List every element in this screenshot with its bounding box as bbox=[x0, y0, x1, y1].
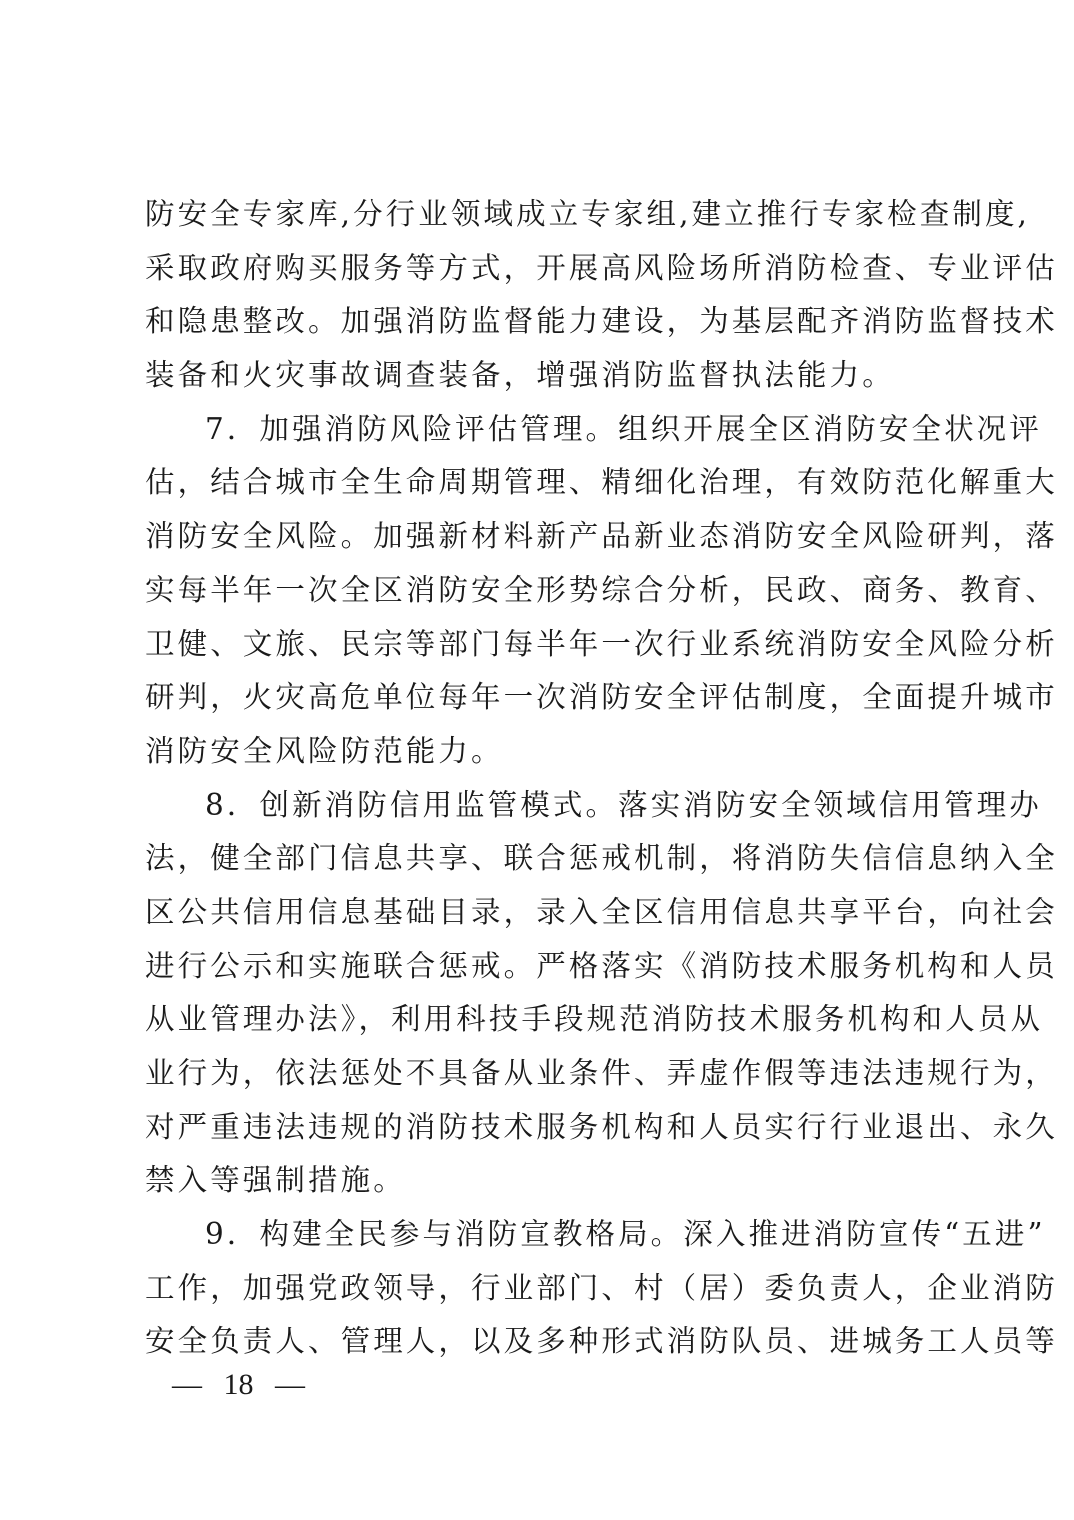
body-text: 防安全专家库,分行业领域成立专家组,建立推行专家检查制度, 采取政府购买服务等方… bbox=[145, 188, 945, 1369]
page-number: 18 bbox=[224, 1368, 254, 1402]
text-line: 装备和火灾事故调查装备，增强消防监督执法能力。 bbox=[145, 349, 945, 403]
text-line: 从业管理办法》，利用科技手段规范消防技术服务机构和人员从 bbox=[145, 993, 945, 1047]
paragraph-heading-line: 8．创新消防信用监管模式。落实消防安全领域信用管理办 bbox=[145, 779, 945, 833]
paragraph-heading-line: 7．加强消防风险评估管理。组织开展全区消防安全状况评 bbox=[145, 403, 945, 457]
text-line: 消防安全风险。加强新材料新产品新业态消防安全风险研判，落 bbox=[145, 510, 945, 564]
text-line: 业行为，依法惩处不具备从业条件、弄虚作假等违法违规行为， bbox=[145, 1047, 945, 1101]
document-page: 防安全专家库,分行业领域成立专家组,建立推行专家检查制度, 采取政府购买服务等方… bbox=[0, 0, 1074, 1520]
paragraph-continued: 防安全专家库,分行业领域成立专家组,建立推行专家检查制度, 采取政府购买服务等方… bbox=[145, 188, 945, 403]
text-line: 研判，火灾高危单位每年一次消防安全评估制度，全面提升城市 bbox=[145, 671, 945, 725]
text-line: 估，结合城市全生命周期管理、精细化治理，有效防范化解重大 bbox=[145, 456, 945, 510]
text-line: 对严重违法违规的消防技术服务机构和人员实行行业退出、永久 bbox=[145, 1101, 945, 1155]
text-line: 实每半年一次全区消防安全形势综合分析，民政、商务、教育、 bbox=[145, 564, 945, 618]
paragraph-8: 8．创新消防信用监管模式。落实消防安全领域信用管理办 法，健全部门信息共享、联合… bbox=[145, 779, 945, 1209]
paragraph-9: 9．构建全民参与消防宣教格局。深入推进消防宣传“五进” 工作，加强党政领导，行业… bbox=[145, 1208, 945, 1369]
text-line: 安全负责人、管理人，以及多种形式消防队员、进城务工人员等 bbox=[145, 1315, 945, 1369]
page-footer: — 18 — bbox=[172, 1368, 305, 1402]
text-line: 采取政府购买服务等方式，开展高风险场所消防检查、专业评估 bbox=[145, 242, 945, 296]
text-line: 进行公示和实施联合惩戒。严格落实《消防技术服务机构和人员 bbox=[145, 940, 945, 994]
footer-dash-right: — bbox=[275, 1368, 305, 1402]
paragraph-heading-line: 9．构建全民参与消防宣教格局。深入推进消防宣传“五进” bbox=[145, 1208, 945, 1262]
text-line: 禁入等强制措施。 bbox=[145, 1154, 945, 1208]
text-line: 卫健、文旅、民宗等部门每半年一次行业系统消防安全风险分析 bbox=[145, 618, 945, 672]
text-line: 防安全专家库,分行业领域成立专家组,建立推行专家检查制度, bbox=[145, 188, 945, 242]
footer-dash-left: — bbox=[172, 1368, 202, 1402]
text-line: 和隐患整改。加强消防监督能力建设，为基层配齐消防监督技术 bbox=[145, 295, 945, 349]
text-line: 工作，加强党政领导，行业部门、村（居）委负责人，企业消防 bbox=[145, 1262, 945, 1316]
paragraph-7: 7．加强消防风险评估管理。组织开展全区消防安全状况评 估，结合城市全生命周期管理… bbox=[145, 403, 945, 779]
text-line: 区公共信用信息基础目录，录入全区信用信息共享平台，向社会 bbox=[145, 886, 945, 940]
text-line: 法，健全部门信息共享、联合惩戒机制，将消防失信信息纳入全 bbox=[145, 832, 945, 886]
text-line: 消防安全风险防范能力。 bbox=[145, 725, 945, 779]
